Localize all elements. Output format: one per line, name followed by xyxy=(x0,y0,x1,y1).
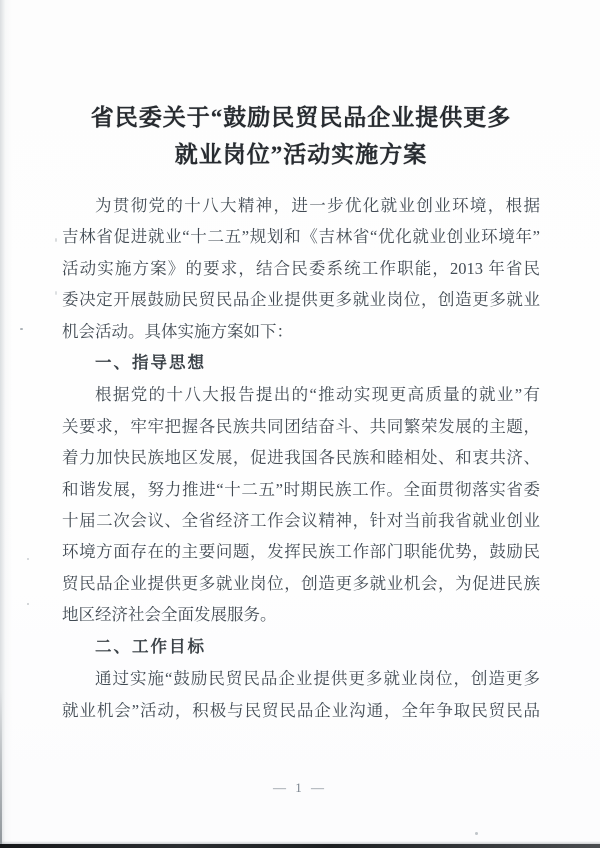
text-line: 十届二次会议、全省经济工作会议精神，针对当前我省就业创业 xyxy=(62,505,540,536)
scan-speck xyxy=(27,558,29,560)
document-body: 为贯彻党的十八大精神，进一步优化就业创业环境，根据 吉林省促进就业“十二五”规划… xyxy=(62,190,540,726)
text-line: 吉林省促进就业“十二五”规划和《吉林省“优化就业创业环境年” xyxy=(62,221,540,252)
text-line: 根据党的十八大报告提出的“推动实现更高质量的就业”有 xyxy=(62,379,540,410)
scan-left-edge-line xyxy=(0,690,2,844)
text-line: 贸民品企业提供更多就业岗位，创造更多就业机会，为促进民族 xyxy=(62,568,540,599)
text-line: 着力加快民族地区发展，促进我国各民族和睦相处、和衷共济、 xyxy=(62,442,540,473)
text-line: 关要求，牢牢把握各民族共同团结奋斗、共同繁荣发展的主题， xyxy=(62,411,540,442)
scan-speck xyxy=(20,328,23,330)
scanned-document-page: 省民委关于“鼓励民贸民品企业提供更多 就业岗位”活动实施方案 为贯彻党的十八大精… xyxy=(0,0,600,848)
page-number: — 1 — xyxy=(0,780,600,796)
scan-speck xyxy=(55,291,57,295)
text-line: 就业机会”活动，积极与民贸民品企业沟通，全年争取民贸民品 xyxy=(62,695,540,726)
text-line: 机会活动。具体实施方案如下： xyxy=(62,316,540,347)
scan-bottom-edge-line xyxy=(0,844,600,848)
text-line: 环境方面存在的主要问题，发挥民族工作部门职能优势，鼓励民 xyxy=(62,536,540,567)
scan-speck xyxy=(475,832,478,835)
text-line: 和谐发展，努力推进“十二五”时期民族工作。全面贯彻落实省委 xyxy=(62,474,540,505)
intro-paragraph: 为贯彻党的十八大精神，进一步优化就业创业环境，根据 吉林省促进就业“十二五”规划… xyxy=(62,190,540,347)
document-title: 省民委关于“鼓励民贸民品企业提供更多 就业岗位”活动实施方案 xyxy=(62,99,540,173)
section-1-paragraph: 根据党的十八大报告提出的“推动实现更高质量的就业”有 关要求，牢牢把握各民族共同… xyxy=(62,379,540,630)
scan-speck xyxy=(55,238,57,242)
scan-speck xyxy=(27,603,29,605)
text-line: 为贯彻党的十八大精神，进一步优化就业创业环境，根据 xyxy=(62,190,540,221)
text-line: 地区经济社会全面发展服务。 xyxy=(62,599,540,630)
document-title-line-1: 省民委关于“鼓励民贸民品企业提供更多 xyxy=(62,99,540,136)
section-heading-2: 二、工作目标 xyxy=(62,632,540,663)
scan-left-edge-shadow xyxy=(0,0,12,848)
text-line: 委决定开展鼓励民贸民品企业提供更多就业岗位，创造更多就业 xyxy=(62,284,540,315)
text-line: 活动实施方案》的要求，结合民委系统工作职能，2013 年省民 xyxy=(62,253,540,284)
document-title-line-2: 就业岗位”活动实施方案 xyxy=(62,136,540,173)
text-line: 通过实施“鼓励民贸民品企业提供更多就业岗位，创造更多 xyxy=(62,663,540,694)
section-heading-1: 一、指导思想 xyxy=(62,348,540,379)
section-2-paragraph: 通过实施“鼓励民贸民品企业提供更多就业岗位，创造更多 就业机会”活动，积极与民贸… xyxy=(62,663,540,726)
document-content: 省民委关于“鼓励民贸民品企业提供更多 就业岗位”活动实施方案 为贯彻党的十八大精… xyxy=(62,0,540,726)
